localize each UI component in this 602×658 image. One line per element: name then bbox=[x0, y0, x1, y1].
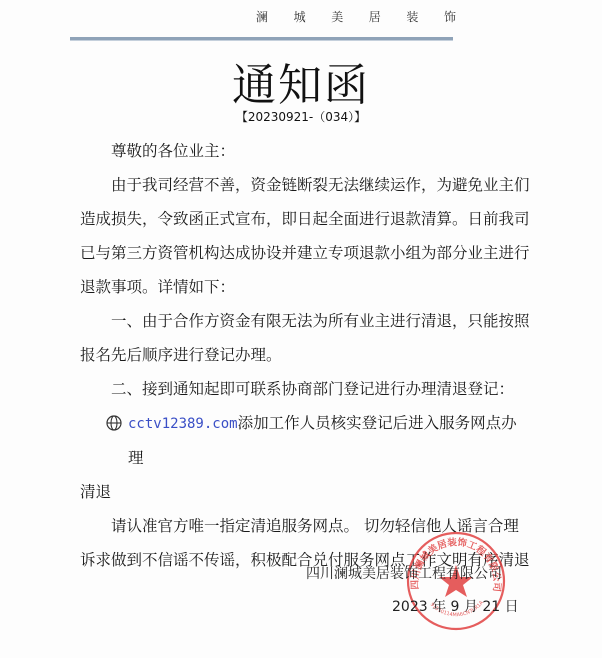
website-instruction-continued: 清退 bbox=[80, 475, 532, 509]
website-link[interactable]: cctv12389.com bbox=[128, 416, 238, 432]
salutation: 尊敬的各位业主： bbox=[80, 134, 532, 168]
header-divider bbox=[70, 37, 453, 41]
brand-char: 居 bbox=[369, 8, 381, 25]
brand-char: 饰 bbox=[444, 8, 456, 25]
globe-icon bbox=[106, 415, 122, 431]
list-item-2: 二、接到通知起即可联系协商部门登记进行办理清退登记： bbox=[80, 372, 532, 406]
website-text-wrap: cctv12389.com添加工作人员核实登记后进入服务网点办理 bbox=[128, 406, 532, 475]
brand-char: 美 bbox=[331, 8, 343, 25]
list-item-1: 一、由于合作方资金有限无法为所有业主进行清退，只能按照报名先后顺序进行登记办理。 bbox=[80, 304, 532, 372]
brand-char: 装 bbox=[406, 8, 418, 25]
brand-char: 城 bbox=[294, 8, 306, 25]
company-name: 四川澜城美居装饰工程有限公司 bbox=[306, 563, 502, 583]
document-number: 【20230921-（034）】 bbox=[0, 108, 602, 125]
header-brand: 澜 城 美 居 装 饰 bbox=[256, 8, 456, 25]
document-body: 尊敬的各位业主： 由于我司经营不善，资金链断裂无法继续运作，为避免业主们造成损失… bbox=[80, 134, 532, 577]
document-title: 通知函 bbox=[0, 60, 602, 112]
website-line: cctv12389.com添加工作人员核实登记后进入服务网点办理 bbox=[106, 406, 532, 475]
signature-date: 2023 年 9 月 21 日 bbox=[392, 596, 519, 616]
paragraph-intro: 由于我司经营不善，资金链断裂无法继续运作，为避免业主们造成损失，令致函正式宣布，… bbox=[80, 168, 532, 304]
brand-char: 澜 bbox=[256, 8, 268, 25]
